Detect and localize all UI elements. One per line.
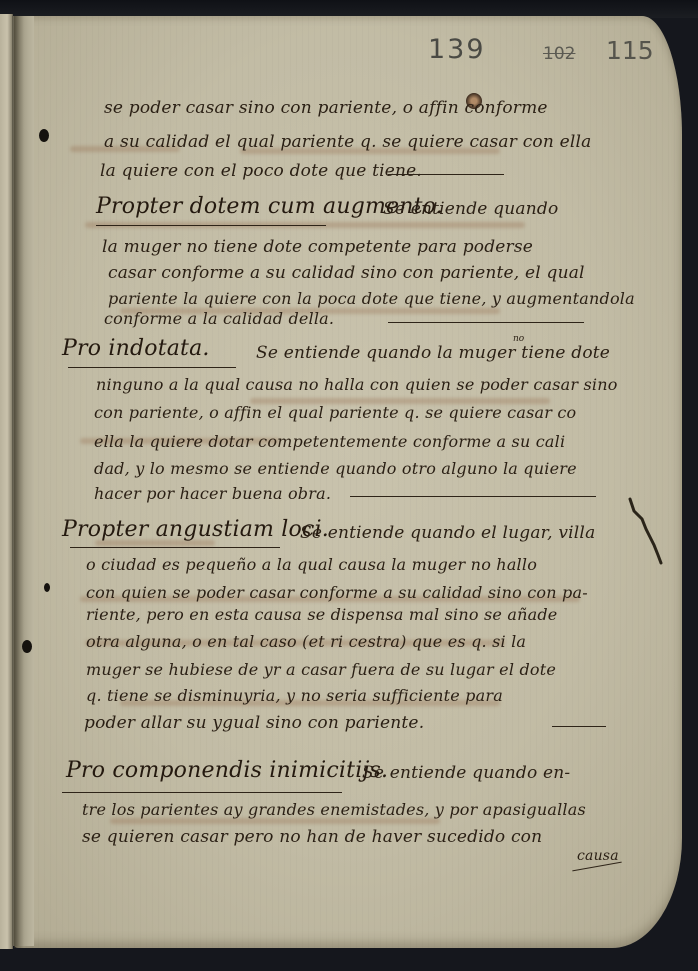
section-heading: Propter angustiam loci. [62, 517, 329, 542]
text-line: con quien se poder casar conforme a su c… [86, 583, 588, 602]
text-line: riente, pero en esta causa se dispensa m… [86, 605, 557, 624]
text-line: Se entiende quando [383, 199, 558, 219]
folio-number-struck: 102 [543, 44, 575, 64]
heading-underline [62, 792, 342, 793]
heading-underline [96, 225, 326, 226]
section-heading: Pro indotata. [62, 336, 210, 361]
text-line: muger se hubiese de yr a casar fuera de … [86, 660, 556, 679]
heading-underline [68, 367, 236, 368]
text-line: se poder casar sino con pariente, o affi… [104, 98, 548, 118]
text-line: con pariente, o affin el qual pariente q… [94, 403, 576, 422]
text-line: a su calidad el qual pariente q. se quie… [104, 132, 591, 152]
text-line: tre los parientes ay grandes enemistades… [82, 800, 586, 819]
catchword: causa [577, 848, 619, 864]
binding-hole [44, 583, 50, 592]
line-filler-rule [388, 174, 504, 175]
heading-underline [70, 547, 280, 548]
wormhole-trail [628, 497, 668, 577]
text-line: Se entiende quando la muger tiene dote [256, 343, 610, 363]
line-filler-rule [350, 496, 596, 497]
text-line: conforme a la calidad della. [104, 309, 334, 328]
binding-hole [22, 640, 32, 653]
folio-number: 139 [428, 34, 486, 65]
page-inner-edge [14, 16, 34, 948]
text-line: Se entiende quando el lugar, villa [300, 523, 595, 543]
text-line: otra alguna, o en tal caso (et ri cestra… [86, 632, 526, 651]
text-line: poder allar su ygual sino con pariente. [84, 713, 424, 733]
text-line: ella la quiere dotar competentemente con… [94, 432, 565, 451]
text-line: o ciudad es pequeño a la qual causa la m… [86, 555, 537, 574]
line-filler-rule [552, 726, 606, 727]
text-line: pariente la quiere con la poca dote que … [108, 289, 635, 308]
text-line: Se entiende quando en- [362, 763, 570, 783]
section-heading: Pro componendis inimicitijs. [66, 758, 388, 783]
manuscript-photo: 139 102 115 se poder casar sino con pari… [0, 0, 698, 971]
binding-hole [39, 129, 49, 142]
text-line: hacer por hacer buena obra. [94, 484, 331, 503]
text-line: q. tiene se disminuyria, y no seria suff… [86, 686, 503, 705]
folio-number-alternate: 115 [606, 36, 654, 65]
text-line: la quiere con el poco dote que tiene. [100, 161, 422, 181]
text-line: la muger no tiene dote competente para p… [102, 237, 533, 257]
text-line: se quieren casar pero no han de haver su… [82, 827, 542, 847]
text-line: dad, y lo mesmo se entiende quando otro … [94, 459, 577, 478]
text-line: casar conforme a su calidad sino con par… [108, 263, 585, 283]
text-line: ninguno a la qual causa no halla con qui… [96, 375, 618, 394]
line-filler-rule [388, 322, 584, 323]
